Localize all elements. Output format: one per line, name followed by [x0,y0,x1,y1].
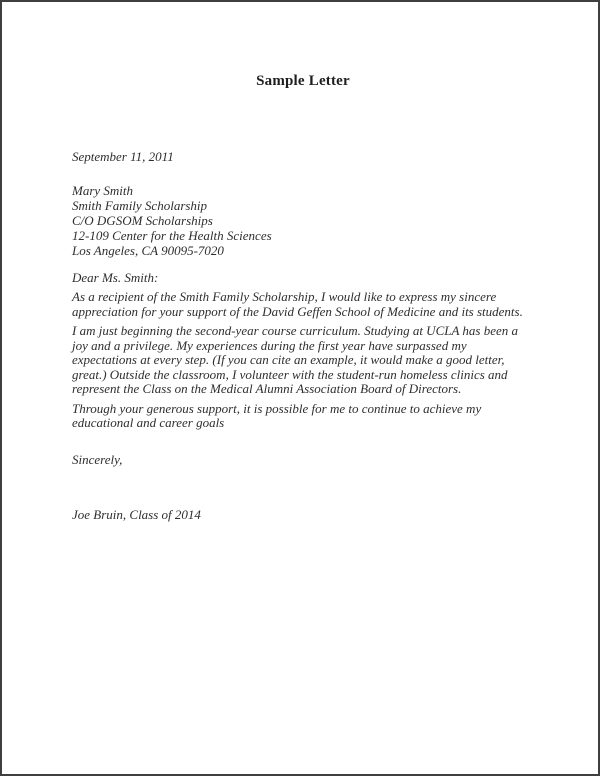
closing: Sincerely, [72,453,534,468]
recipient-street: 12-109 Center for the Health Sciences [72,228,534,243]
body-paragraph-1: As a recipient of the Smith Family Schol… [72,290,534,319]
body-paragraph-3: Through your generous support, it is pos… [72,402,534,431]
recipient-care-of: C/O DGSOM Scholarships [72,213,534,228]
recipient-city-state-zip: Los Angeles, CA 90095-7020 [72,243,534,258]
body-paragraph-2: I am just beginning the second-year cour… [72,324,534,397]
recipient-name: Mary Smith [72,183,534,198]
letter-page: Sample Letter September 11, 2011 Mary Sm… [0,0,600,776]
letter-content: Sample Letter September 11, 2011 Mary Sm… [72,2,534,523]
letter-date: September 11, 2011 [72,150,534,165]
recipient-address-block: Mary Smith Smith Family Scholarship C/O … [72,183,534,258]
recipient-organization: Smith Family Scholarship [72,198,534,213]
page-title: Sample Letter [72,72,534,90]
salutation: Dear Ms. Smith: [72,271,534,286]
signature-line: Joe Bruin, Class of 2014 [72,508,534,523]
letter-body: September 11, 2011 Mary Smith Smith Fami… [72,150,534,523]
